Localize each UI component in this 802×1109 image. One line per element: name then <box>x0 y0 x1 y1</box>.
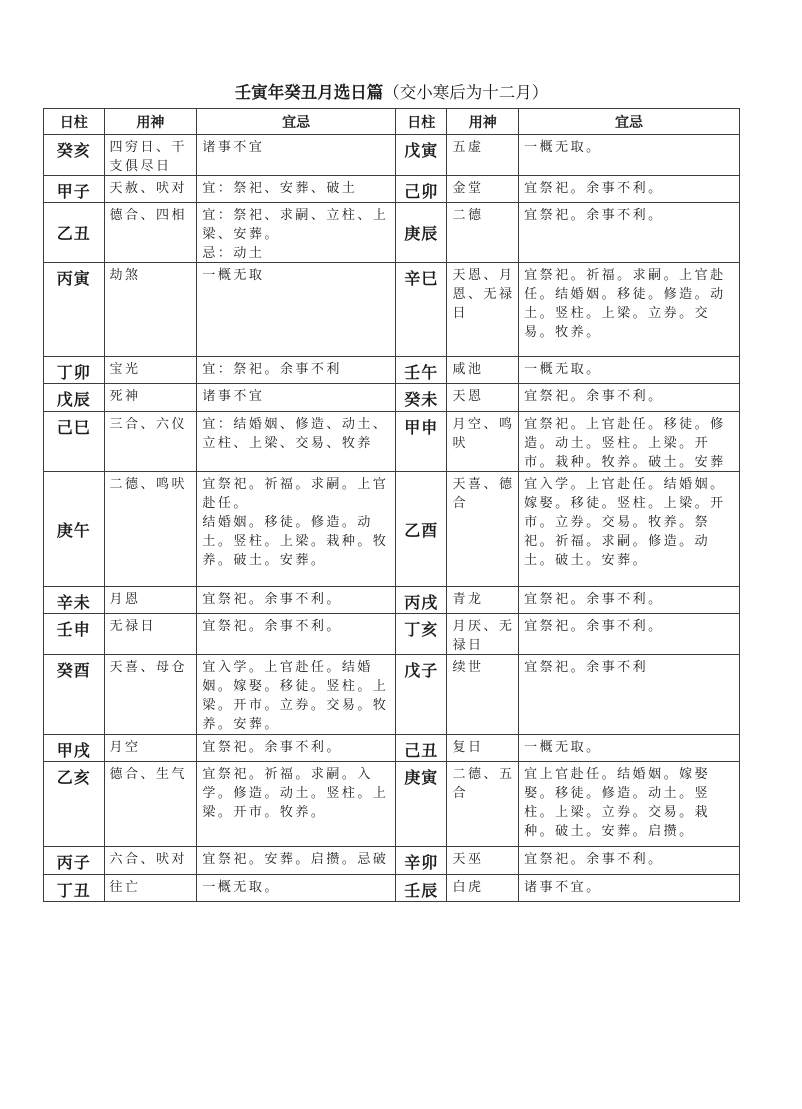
deity-cell: 德合、四相 <box>104 203 197 263</box>
table-row: 甲戌 月空 宜祭祀。余事不利。 己丑 复日 一概无取。 <box>44 735 740 762</box>
table-row: 壬申 无禄日 宜祭祀。余事不利。 丁亥 月厌、无禄日 宜祭祀。余事不利。 <box>44 614 740 655</box>
table-row: 丁丑 往亡 一概无取。 壬辰 白虎 诸事不宜。 <box>44 875 740 902</box>
advice-cell: 诸事不宜。 <box>519 875 740 902</box>
document-page: 壬寅年癸丑月选日篇（交小寒后为十二月） 日柱 用神 宜忌 日柱 用神 宜忌 癸亥… <box>0 0 802 1109</box>
deity-cell: 天赦、吠对 <box>104 176 197 203</box>
day-pillar-cell: 丁丑 <box>44 875 105 902</box>
page-title-main: 壬寅年癸丑月选日篇 <box>235 83 384 102</box>
deity-cell: 无禄日 <box>104 614 197 655</box>
deity-cell: 五虚 <box>447 135 519 176</box>
day-pillar-cell: 壬申 <box>44 614 105 655</box>
table-row: 癸酉 天喜、母仓 宜入学。上官赴任。结婚姻。嫁娶。移徒。竖柱。上梁。开市。立券。… <box>44 655 740 735</box>
deity-cell: 青龙 <box>447 587 519 614</box>
day-pillar-cell: 戊寅 <box>396 135 447 176</box>
deity-cell: 死神 <box>104 384 197 412</box>
day-pillar-cell: 庚寅 <box>396 762 447 847</box>
deity-cell: 四穷日、干支俱尽日 <box>104 135 197 176</box>
deity-cell: 咸池 <box>447 357 519 384</box>
deity-cell: 月厌、无禄日 <box>447 614 519 655</box>
deity-cell: 白虎 <box>447 875 519 902</box>
advice-cell: 一概无取。 <box>519 135 740 176</box>
day-pillar-cell: 庚午 <box>44 472 105 587</box>
deity-cell: 二德、五合 <box>447 762 519 847</box>
advice-cell: 宜：祭祀、安葬、破土 <box>197 176 396 203</box>
advice-cell: 宜上官赴任。结婚姻。嫁娶娶。移徒。修造。动土。竖柱。上梁。立券。交易。栽种。破土… <box>519 762 740 847</box>
day-pillar-cell: 辛卯 <box>396 847 447 875</box>
header-god-left: 用神 <box>104 109 197 135</box>
advice-cell: 一概无取。 <box>519 357 740 384</box>
deity-cell: 天巫 <box>447 847 519 875</box>
deity-cell: 金堂 <box>447 176 519 203</box>
page-title: 壬寅年癸丑月选日篇（交小寒后为十二月） <box>43 83 740 103</box>
deity-cell: 往亡 <box>104 875 197 902</box>
table-row: 乙亥 德合、生气 宜祭祀。祈福。求嗣。入学。修造。动土。竖柱。上梁。开市。牧养。… <box>44 762 740 847</box>
day-pillar-cell: 戊子 <box>396 655 447 735</box>
advice-cell: 宜祭祀。余事不利。 <box>519 384 740 412</box>
advice-cell: 一概无取 <box>197 263 396 357</box>
advice-cell: 一概无取。 <box>197 875 396 902</box>
table-header-row: 日柱 用神 宜忌 日柱 用神 宜忌 <box>44 109 740 135</box>
advice-cell: 宜祭祀。余事不利。 <box>519 587 740 614</box>
advice-cell: 宜祭祀。祈福。求嗣。上官赴任。 结婚姻。移徒。修造。动土。竖柱。上梁。栽种。牧养… <box>197 472 396 587</box>
day-pillar-cell: 丙寅 <box>44 263 105 357</box>
day-pillar-cell: 丁卯 <box>44 357 105 384</box>
advice-cell: 宜祭祀。余事不利。 <box>519 614 740 655</box>
advice-cell: 宜入学。上官赴任。结婚姻。嫁娶。移徒。竖柱。上梁。开市。立券。交易。牧养。安葬。 <box>197 655 396 735</box>
deity-cell: 三合、六仪 <box>104 412 197 472</box>
advice-cell: 宜祭祀。余事不利 <box>519 655 740 735</box>
almanac-table: 日柱 用神 宜忌 日柱 用神 宜忌 癸亥 四穷日、干支俱尽日 诸事不宜 戊寅 五… <box>43 108 740 902</box>
day-pillar-cell: 丁亥 <box>396 614 447 655</box>
advice-cell: 诸事不宜 <box>197 384 396 412</box>
page-title-parenthetical: （交小寒后为十二月） <box>383 83 548 102</box>
day-pillar-cell: 丙子 <box>44 847 105 875</box>
day-pillar-cell: 己巳 <box>44 412 105 472</box>
day-pillar-cell: 戊辰 <box>44 384 105 412</box>
deity-cell: 复日 <box>447 735 519 762</box>
advice-cell: 宜祭祀。上官赴任。移徒。修造。动土。竖柱。上梁。开市。栽种。牧养。破土。安葬 <box>519 412 740 472</box>
day-pillar-cell: 辛巳 <box>396 263 447 357</box>
deity-cell: 天恩 <box>447 384 519 412</box>
day-pillar-cell: 庚辰 <box>396 203 447 263</box>
header-day-pillar-right: 日柱 <box>396 109 447 135</box>
advice-cell: 宜：结婚姻、修造、动土、立柱、上梁、交易、牧养 <box>197 412 396 472</box>
table-row: 丁卯 宝光 宜：祭祀。余事不利 壬午 咸池 一概无取。 <box>44 357 740 384</box>
deity-cell: 二德、鸣吠 <box>104 472 197 587</box>
day-pillar-cell: 己丑 <box>396 735 447 762</box>
advice-cell: 宜：祭祀、求嗣、立柱、上梁、安葬。 忌：动土 <box>197 203 396 263</box>
day-pillar-cell: 丙戌 <box>396 587 447 614</box>
table-row: 丙子 六合、吠对 宜祭祀。安葬。启攒。忌破 辛卯 天巫 宜祭祀。余事不利。 <box>44 847 740 875</box>
header-day-pillar-left: 日柱 <box>44 109 105 135</box>
header-advice-left: 宜忌 <box>197 109 396 135</box>
table-row: 乙丑 德合、四相 宜：祭祀、求嗣、立柱、上梁、安葬。 忌：动土 庚辰 二德 宜祭… <box>44 203 740 263</box>
day-pillar-cell: 甲申 <box>396 412 447 472</box>
advice-cell: 宜祭祀。祈福。求嗣。入学。修造。动土。竖柱。上梁。开市。牧养。 <box>197 762 396 847</box>
day-pillar-cell: 乙亥 <box>44 762 105 847</box>
deity-cell: 天恩、月恩、无禄日 <box>447 263 519 357</box>
advice-cell: 宜祭祀。安葬。启攒。忌破 <box>197 847 396 875</box>
deity-cell: 二德 <box>447 203 519 263</box>
day-pillar-cell: 甲子 <box>44 176 105 203</box>
deity-cell: 宝光 <box>104 357 197 384</box>
day-pillar-cell: 壬午 <box>396 357 447 384</box>
deity-cell: 续世 <box>447 655 519 735</box>
day-pillar-cell: 甲戌 <box>44 735 105 762</box>
deity-cell: 月空 <box>104 735 197 762</box>
deity-cell: 劫煞 <box>104 263 197 357</box>
day-pillar-cell: 癸酉 <box>44 655 105 735</box>
header-god-right: 用神 <box>447 109 519 135</box>
deity-cell: 月恩 <box>104 587 197 614</box>
table-row: 丙寅 劫煞 一概无取 辛巳 天恩、月恩、无禄日 宜祭祀。祈福。求嗣。上官赴任。结… <box>44 263 740 357</box>
advice-cell: 宜入学。上官赴任。结婚姻。嫁娶。移徒。竖柱。上梁。开市。立券。交易。牧养。祭祀。… <box>519 472 740 587</box>
table-row: 己巳 三合、六仪 宜：结婚姻、修造、动土、立柱、上梁、交易、牧养 甲申 月空、鸣… <box>44 412 740 472</box>
deity-cell: 六合、吠对 <box>104 847 197 875</box>
advice-cell: 宜祭祀。余事不利。 <box>519 847 740 875</box>
deity-cell: 德合、生气 <box>104 762 197 847</box>
advice-cell: 宜祭祀。余事不利。 <box>197 614 396 655</box>
day-pillar-cell: 乙丑 <box>44 203 105 263</box>
advice-cell: 宜祭祀。余事不利。 <box>519 203 740 263</box>
table-row: 癸亥 四穷日、干支俱尽日 诸事不宜 戊寅 五虚 一概无取。 <box>44 135 740 176</box>
day-pillar-cell: 癸未 <box>396 384 447 412</box>
table-row: 辛未 月恩 宜祭祀。余事不利。 丙戌 青龙 宜祭祀。余事不利。 <box>44 587 740 614</box>
advice-cell: 宜祭祀。余事不利。 <box>519 176 740 203</box>
deity-cell: 天喜、母仓 <box>104 655 197 735</box>
deity-cell: 月空、鸣吠 <box>447 412 519 472</box>
day-pillar-cell: 壬辰 <box>396 875 447 902</box>
table-row: 戊辰 死神 诸事不宜 癸未 天恩 宜祭祀。余事不利。 <box>44 384 740 412</box>
advice-cell: 宜祭祀。余事不利。 <box>197 735 396 762</box>
advice-cell: 宜：祭祀。余事不利 <box>197 357 396 384</box>
advice-cell: 诸事不宜 <box>197 135 396 176</box>
advice-cell: 宜祭祀。余事不利。 <box>197 587 396 614</box>
day-pillar-cell: 辛未 <box>44 587 105 614</box>
deity-cell: 天喜、德合 <box>447 472 519 587</box>
day-pillar-cell: 乙酉 <box>396 472 447 587</box>
table-row: 庚午 二德、鸣吠 宜祭祀。祈福。求嗣。上官赴任。 结婚姻。移徒。修造。动土。竖柱… <box>44 472 740 587</box>
advice-cell: 宜祭祀。祈福。求嗣。上官赴任。结婚姻。移徒。修造。动土。竖柱。上梁。立券。交易。… <box>519 263 740 357</box>
table-row: 甲子 天赦、吠对 宜：祭祀、安葬、破土 己卯 金堂 宜祭祀。余事不利。 <box>44 176 740 203</box>
advice-cell: 一概无取。 <box>519 735 740 762</box>
day-pillar-cell: 己卯 <box>396 176 447 203</box>
day-pillar-cell: 癸亥 <box>44 135 105 176</box>
header-advice-right: 宜忌 <box>519 109 740 135</box>
